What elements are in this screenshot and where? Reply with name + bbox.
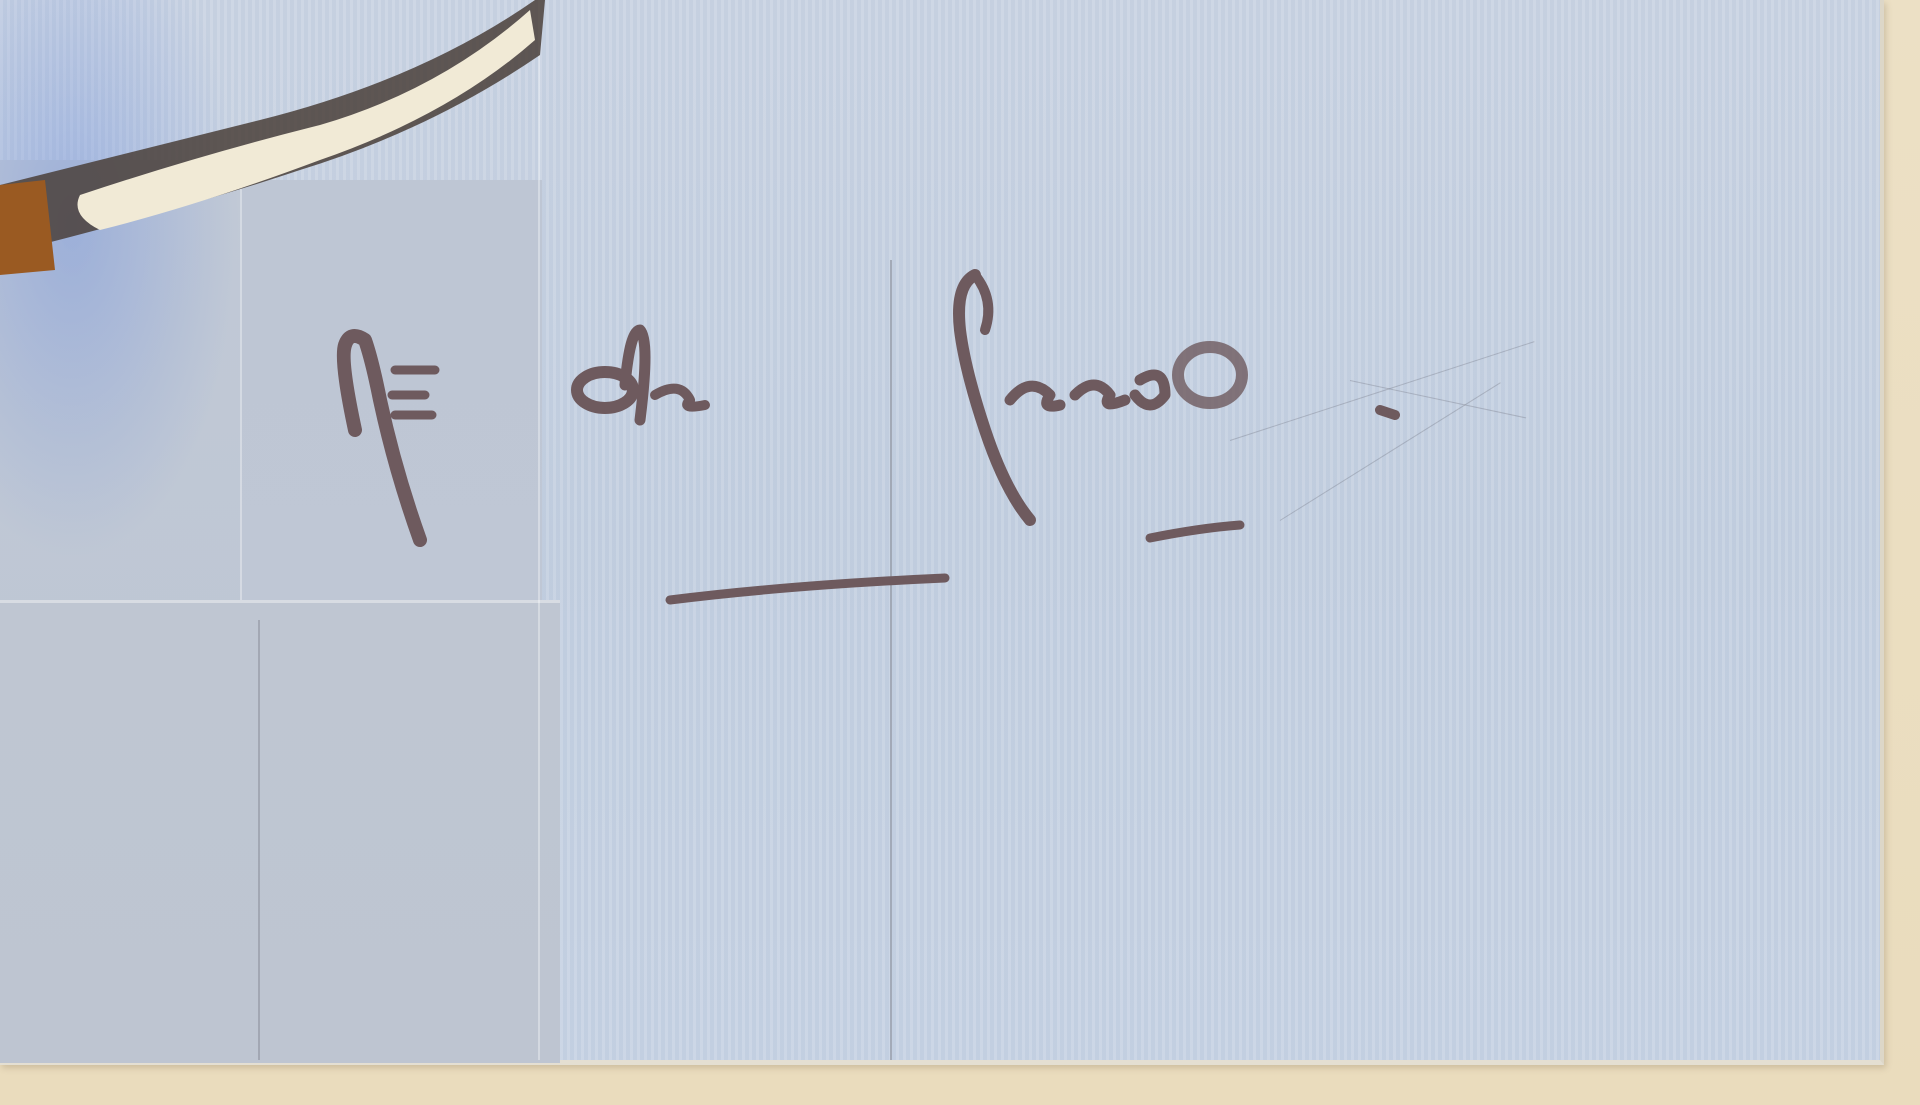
canvas-seam — [258, 620, 260, 1060]
artist-signature — [0, 0, 1500, 620]
paint-block-lower — [0, 600, 560, 1063]
painting-canvas — [0, 0, 1884, 1065]
